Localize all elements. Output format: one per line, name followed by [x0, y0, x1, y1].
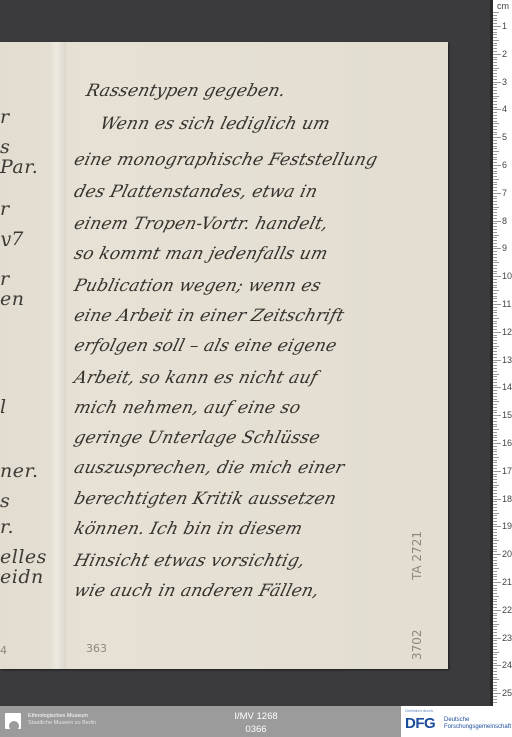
- ruler-tick: [493, 585, 497, 586]
- ruler-tick: [493, 632, 497, 633]
- handwritten-line: so kommt man jedenfalls um: [72, 244, 407, 264]
- ruler-tick: [493, 107, 497, 108]
- ruler-tick: [493, 301, 497, 302]
- pencil-page-number: 363: [86, 642, 107, 655]
- ruler-tick: [493, 115, 497, 116]
- ruler-tick: [493, 165, 501, 166]
- ruler-tick: [493, 129, 497, 130]
- ruler-tick: [493, 693, 501, 694]
- ruler-tick: [493, 315, 497, 316]
- ruler-tick: [493, 271, 497, 272]
- ruler-label: 12: [502, 328, 512, 337]
- ruler-label: 25: [502, 689, 512, 698]
- ruler-tick: [493, 640, 497, 641]
- ruler-tick: [493, 123, 499, 124]
- ruler-tick: [493, 104, 497, 105]
- ruler-tick: [493, 374, 499, 375]
- ruler-tick: [493, 204, 497, 205]
- ruler-tick: [493, 538, 497, 539]
- museum-logo-icon: [5, 713, 21, 729]
- ruler-tick: [493, 654, 497, 655]
- ruler-tick: [493, 665, 501, 666]
- ruler-tick: [493, 382, 497, 383]
- ruler-tick: [493, 424, 497, 425]
- ruler-tick: [493, 221, 501, 222]
- footer-identifier: I/MV 1268 0366: [200, 710, 312, 736]
- ruler-tick: [493, 240, 497, 241]
- ruler-tick: [493, 98, 497, 99]
- ruler-tick: [493, 212, 497, 213]
- ruler-tick: [493, 184, 497, 185]
- ruler-tick: [493, 37, 497, 38]
- ruler-tick: [493, 399, 497, 400]
- handwritten-line: wie auch in anderen Fällen,: [72, 581, 407, 601]
- ruler-tick: [493, 690, 497, 691]
- ruler-tick: [493, 385, 497, 386]
- handwritten-line: Arbeit, so kann es nicht auf: [72, 368, 407, 388]
- left-page-fragment: r: [0, 106, 10, 124]
- pencil-vertical-id: TA 2721: [410, 531, 424, 580]
- ruler-tick: [493, 235, 499, 236]
- ruler-label: 21: [502, 578, 512, 587]
- ruler-tick: [493, 624, 499, 625]
- ruler-tick: [493, 440, 497, 441]
- ruler-tick: [493, 387, 501, 388]
- ruler-tick: [493, 279, 497, 280]
- ruler-tick: [493, 273, 497, 274]
- ruler-tick: [493, 401, 499, 402]
- ruler-tick: [493, 43, 497, 44]
- ruler-tick: [493, 354, 497, 355]
- ruler-tick: [493, 351, 497, 352]
- ruler-tick: [493, 201, 497, 202]
- ruler-label: 24: [502, 661, 512, 670]
- ruler-tick: [493, 668, 497, 669]
- ruler-tick: [493, 551, 497, 552]
- ruler-tick: [493, 657, 497, 658]
- ruler-tick: [493, 593, 497, 594]
- ruler-tick: [493, 290, 499, 291]
- ruler-tick: [493, 34, 497, 35]
- ruler-tick: [493, 646, 497, 647]
- dfg-logo-icon: DFG: [405, 716, 435, 731]
- left-page-fragment: en: [0, 288, 24, 306]
- ruler-tick: [493, 610, 501, 611]
- ruler-tick: [493, 396, 497, 397]
- ruler-tick: [493, 571, 497, 572]
- museum-name: Ethnologisches Museum: [28, 713, 96, 720]
- ruler-tick: [493, 590, 497, 591]
- ruler-tick: [493, 29, 497, 30]
- funder-caption: Gefördert durch: [405, 708, 433, 713]
- left-page-fragment: Par.: [0, 156, 38, 174]
- ruler-tick: [493, 173, 497, 174]
- ruler-tick: [493, 304, 501, 305]
- ruler-tick: [493, 268, 497, 269]
- ruler-tick: [493, 579, 497, 580]
- ruler-tick: [493, 51, 497, 52]
- ruler-tick: [493, 48, 497, 49]
- pencil-vertical-number: 3702: [410, 629, 424, 660]
- ruler-tick: [493, 674, 497, 675]
- ruler-tick: [493, 226, 497, 227]
- ruler-tick: [493, 12, 499, 13]
- ruler-tick: [493, 296, 497, 297]
- ruler-tick: [493, 621, 497, 622]
- ruler-tick: [493, 490, 497, 491]
- ruler-tick: [493, 543, 497, 544]
- ruler-tick: [493, 26, 501, 27]
- ruler-label: 15: [502, 411, 512, 420]
- page-number: 0366: [200, 723, 312, 736]
- ruler-tick: [493, 535, 497, 536]
- ruler-tick: [493, 157, 497, 158]
- ruler-tick: [493, 121, 497, 122]
- ruler-tick: [493, 626, 497, 627]
- ruler-tick: [493, 326, 497, 327]
- ruler-tick: [493, 146, 497, 147]
- ruler-tick: [493, 337, 497, 338]
- ruler-label: 17: [502, 467, 512, 476]
- funder-name-line-2: Forschungsgemeinschaft: [444, 724, 511, 731]
- ruler-tick: [493, 246, 497, 247]
- ruler-tick: [493, 451, 497, 452]
- ruler-tick: [493, 429, 499, 430]
- ruler-tick: [493, 476, 497, 477]
- ruler-tick: [493, 70, 497, 71]
- ruler-tick: [493, 159, 497, 160]
- left-page-fragment: s: [0, 490, 10, 508]
- ruler-tick: [493, 565, 497, 566]
- handwritten-line: auszusprechen, die mich einer: [72, 458, 407, 478]
- ruler-tick: [493, 532, 497, 533]
- left-page-fragment: ner.: [0, 460, 39, 478]
- ruler-tick: [493, 465, 497, 466]
- ruler-tick: [493, 407, 497, 408]
- ruler-tick: [493, 660, 497, 661]
- ruler-tick: [493, 18, 497, 19]
- handwritten-line: eine Arbeit in einer Zeitschrift: [72, 306, 407, 326]
- ruler-label: 20: [502, 550, 512, 559]
- ruler-tick: [493, 84, 497, 85]
- ruler-tick: [493, 404, 497, 405]
- ruler-tick: [493, 443, 501, 444]
- ruler-label: 4: [502, 105, 507, 114]
- ruler-tick: [493, 343, 497, 344]
- ruler-tick: [493, 298, 497, 299]
- ruler-tick: [493, 493, 497, 494]
- ruler-tick: [493, 62, 497, 63]
- ruler-tick: [493, 82, 501, 83]
- ruler-label: 11: [502, 300, 511, 309]
- ruler-tick: [493, 232, 497, 233]
- ruler-tick: [493, 554, 501, 555]
- ruler-tick: [493, 449, 497, 450]
- ruler-tick: [493, 376, 497, 377]
- ruler-tick: [493, 282, 497, 283]
- ruler-label: 23: [502, 634, 512, 643]
- ruler-tick: [493, 418, 497, 419]
- ruler-tick: [493, 635, 497, 636]
- ruler-tick: [493, 613, 497, 614]
- ruler-tick: [493, 73, 497, 74]
- handwritten-line: Rassentypen gegeben.: [84, 81, 419, 101]
- ruler-tick: [493, 168, 497, 169]
- ruler-tick: [493, 435, 497, 436]
- pencil-corner-mark: 4: [0, 644, 7, 657]
- ruler-tick: [493, 87, 497, 88]
- ruler-tick: [493, 504, 497, 505]
- ruler-tick: [493, 474, 497, 475]
- ruler-tick: [493, 643, 497, 644]
- ruler-tick: [493, 357, 497, 358]
- ruler-tick: [493, 677, 497, 678]
- ruler-tick: [493, 529, 497, 530]
- ruler-tick: [493, 460, 497, 461]
- ruler-label: 13: [502, 356, 512, 365]
- ruler-tick: [493, 507, 497, 508]
- ruler-tick: [493, 485, 499, 486]
- ruler-tick: [493, 57, 497, 58]
- ruler-label: 9: [502, 244, 507, 253]
- handwritten-line: können. Ich bin in diesem: [72, 519, 407, 539]
- ruler-tick: [493, 540, 499, 541]
- ruler-tick: [493, 262, 499, 263]
- ruler-tick: [493, 118, 497, 119]
- ruler-tick: [493, 179, 499, 180]
- ruler-tick: [493, 65, 497, 66]
- ruler-tick: [493, 582, 501, 583]
- ruler-tick: [493, 432, 497, 433]
- ruler-tick: [493, 332, 501, 333]
- ruler-tick: [493, 209, 497, 210]
- ruler-tick: [493, 415, 501, 416]
- handwritten-line: mich nehmen, auf eine so: [72, 398, 407, 418]
- ruler-tick: [493, 132, 497, 133]
- ruler-tick: [493, 560, 497, 561]
- ruler-tick: [493, 652, 499, 653]
- ruler-tick: [493, 101, 497, 102]
- ruler-tick: [493, 412, 497, 413]
- ruler-tick: [493, 207, 499, 208]
- ruler-tick: [493, 496, 497, 497]
- shelfmark: I/MV 1268: [200, 710, 312, 723]
- ruler-label: 1: [502, 22, 507, 31]
- ruler-tick: [493, 454, 497, 455]
- ruler-tick: [493, 471, 501, 472]
- ruler-tick: [493, 696, 497, 697]
- left-page-fragment: r.: [0, 516, 14, 534]
- ruler-tick: [493, 346, 499, 347]
- ruler-tick: [493, 362, 497, 363]
- ruler-tick: [493, 137, 501, 138]
- ruler-tick: [493, 32, 497, 33]
- ruler-tick: [493, 685, 497, 686]
- ruler-tick: [493, 176, 497, 177]
- ruler-tick: [493, 365, 497, 366]
- ruler-tick: [493, 426, 497, 427]
- left-page-fragment: l: [0, 396, 7, 414]
- ruler-tick: [493, 518, 497, 519]
- ruler-tick: [493, 260, 497, 261]
- ruler-tick: [493, 237, 497, 238]
- ruler-tick: [493, 360, 501, 361]
- ruler-tick: [493, 574, 497, 575]
- ruler-tick: [493, 368, 497, 369]
- ruler-tick: [493, 198, 497, 199]
- ruler-tick: [493, 182, 497, 183]
- ruler-tick: [493, 93, 497, 94]
- ruler-tick: [493, 287, 497, 288]
- ruler-unit-label: cm: [497, 1, 509, 11]
- ruler-tick: [493, 323, 497, 324]
- ruler-tick: [493, 187, 497, 188]
- ruler-tick: [493, 482, 497, 483]
- funder-name-line-1: Deutsche: [444, 717, 511, 724]
- museum-credit: Ethnologisches Museum Staatliche Museen …: [28, 713, 96, 727]
- ruler-tick: [493, 265, 497, 266]
- ruler-label: 2: [502, 50, 507, 59]
- ruler-tick: [493, 20, 497, 21]
- ruler-tick: [493, 215, 497, 216]
- ruler-tick: [493, 462, 497, 463]
- ruler-tick: [493, 615, 497, 616]
- ruler-tick: [493, 140, 497, 141]
- ruler-label: 7: [502, 189, 507, 198]
- ruler-tick: [493, 688, 497, 689]
- ruler-tick: [493, 682, 497, 683]
- scan-area: rsPar.ry7renl____ner.sr.elleseidn Rassen…: [0, 0, 490, 706]
- ruler-label: 16: [502, 439, 512, 448]
- ruler-tick: [493, 340, 497, 341]
- ruler-label: 22: [502, 606, 512, 615]
- ruler-tick: [493, 68, 499, 69]
- ruler-label: 3: [502, 78, 507, 87]
- ruler-tick: [493, 193, 501, 194]
- ruler-tick: [493, 348, 497, 349]
- ruler-tick: [493, 671, 497, 672]
- ruler-tick: [493, 318, 499, 319]
- handwritten-line: einem Tropen-Vortr. handelt,: [72, 214, 407, 234]
- ruler-label: 14: [502, 383, 512, 392]
- ruler-tick: [493, 446, 497, 447]
- ruler-tick: [493, 148, 497, 149]
- ruler-tick: [493, 15, 497, 16]
- left-page-fragment: elles: [0, 546, 47, 564]
- ruler-tick: [493, 499, 501, 500]
- ruler-tick: [493, 76, 497, 77]
- handwritten-line: Wenn es sich lediglich um: [98, 114, 433, 134]
- ruler-tick: [493, 371, 497, 372]
- ruler-tick: [493, 557, 497, 558]
- dfg-credit: Gefördert durch DFG Deutsche Forschungsg…: [401, 706, 512, 737]
- funder-name: Deutsche Forschungsgemeinschaft: [444, 717, 511, 731]
- ruler-tick: [493, 307, 497, 308]
- ruler-tick: [493, 276, 501, 277]
- ruler-tick: [493, 251, 497, 252]
- ruler-tick: [493, 329, 497, 330]
- ruler-tick: [493, 479, 497, 480]
- ruler-tick: [493, 393, 497, 394]
- ruler-tick: [493, 40, 499, 41]
- ruler-tick: [493, 410, 497, 411]
- ruler-tick: [493, 90, 497, 91]
- ruler-tick: [493, 663, 497, 664]
- ruler-tick: [493, 599, 497, 600]
- ruler-label: 10: [502, 272, 512, 281]
- ruler-tick: [493, 312, 497, 313]
- ruler-tick: [493, 390, 497, 391]
- ruler-tick: [493, 576, 497, 577]
- handwritten-line: berechtigten Kritik aussetzen: [72, 489, 407, 509]
- ruler-tick: [493, 59, 497, 60]
- ruler-tick: [493, 524, 497, 525]
- ruler-tick: [493, 162, 497, 163]
- letter-paper: rsPar.ry7renl____ner.sr.elleseidn Rassen…: [0, 42, 448, 669]
- ruler-tick: [493, 604, 497, 605]
- handwritten-line: eine monographische Feststellung: [72, 150, 407, 170]
- ruler-tick: [493, 501, 497, 502]
- ruler-tick: [493, 618, 497, 619]
- ruler-label: 6: [502, 161, 507, 170]
- ruler-tick: [493, 45, 497, 46]
- handwritten-line: Publication wegen; wenn es: [72, 276, 407, 296]
- ruler-label: 5: [502, 133, 507, 142]
- ruler-tick: [493, 335, 497, 336]
- ruler-tick: [493, 257, 497, 258]
- handwritten-line: des Plattenstandes, etwa in: [72, 182, 407, 202]
- ruler-tick: [493, 457, 499, 458]
- ruler-tick: [493, 629, 497, 630]
- ruler-tick: [493, 702, 497, 703]
- handwritten-line: geringe Unterlage Schlüsse: [72, 428, 407, 448]
- ruler-tick: [493, 546, 497, 547]
- ruler-tick: [493, 526, 501, 527]
- ruler-tick: [493, 437, 497, 438]
- museum-subtitle: Staatliche Museen zu Berlin: [28, 720, 96, 727]
- ruler-tick: [493, 638, 501, 639]
- paper-fold: [50, 42, 66, 669]
- ruler-tick: [493, 285, 497, 286]
- ruler-tick: [493, 171, 497, 172]
- ruler-tick: [493, 568, 499, 569]
- ruler-tick: [493, 607, 497, 608]
- ruler-tick: [493, 596, 499, 597]
- ruler-tick: [493, 563, 497, 564]
- ruler-tick: [493, 601, 497, 602]
- ruler-tick: [493, 248, 501, 249]
- left-page-fragment: r: [0, 198, 10, 216]
- ruler-tick: [493, 151, 499, 152]
- ruler-tick: [493, 54, 501, 55]
- ruler-tick: [493, 23, 497, 24]
- ruler-tick: [493, 510, 497, 511]
- left-page-fragment: eidn: [0, 566, 44, 584]
- ruler-tick: [493, 487, 497, 488]
- ruler-tick: [493, 588, 497, 589]
- ruler-tick: [493, 134, 497, 135]
- ruler-tick: [493, 196, 497, 197]
- ruler-tick: [493, 321, 497, 322]
- left-page-fragment: r: [0, 268, 10, 286]
- cm-ruler: cm 1234567891011121314151617181920212223…: [490, 0, 512, 706]
- ruler-tick: [493, 154, 497, 155]
- left-page-fragment: s: [0, 136, 10, 154]
- ruler-tick: [493, 513, 499, 514]
- ruler-tick: [493, 649, 497, 650]
- ruler-label: 19: [502, 522, 512, 531]
- ruler-tick: [493, 699, 497, 700]
